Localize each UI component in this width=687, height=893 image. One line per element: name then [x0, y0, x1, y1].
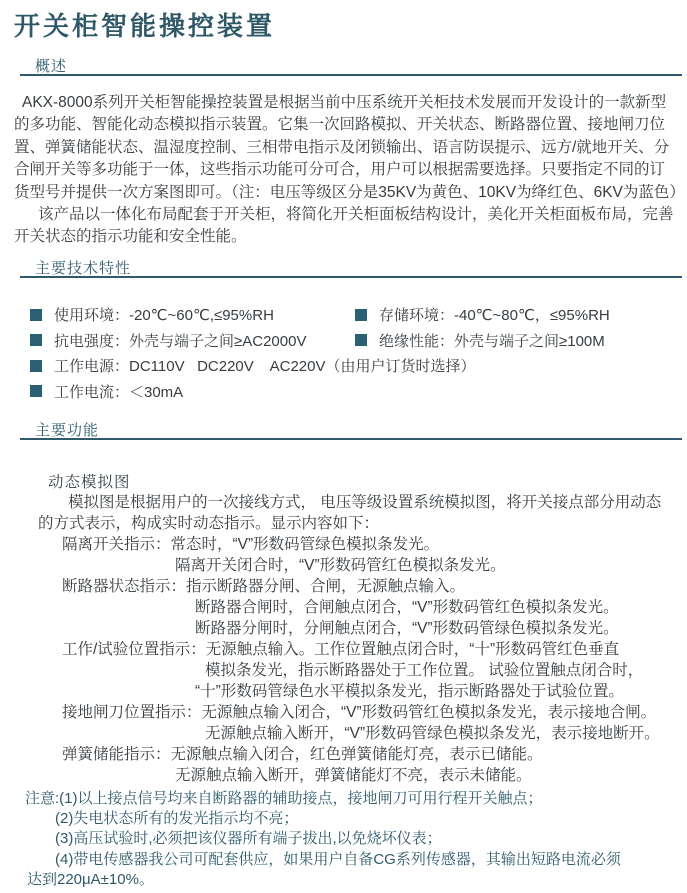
- note-line: (3)高压试验时,必须把该仪器所有端子拔出,以免烧坏仪表；: [14, 829, 687, 849]
- tech-spec-cell: 绝缘性能：外壳与端子之间≥100M: [355, 330, 680, 351]
- bullet-square-icon: [30, 309, 42, 321]
- paragraph-line: 该产品以一体化布局配套于开关柜，将简化开关柜面板结构设计，美化开关柜面板布局，完…: [14, 204, 674, 226]
- note-line: (2)失电状态所有的发光指示均不亮；: [14, 809, 687, 829]
- functions-description: 模拟图是根据用户的一次接线方式， 电压等级设置系统模拟图，将开关接点部分用动态的…: [14, 492, 687, 786]
- tech-spec-cell: 工作电源：DC110V DC220V AC220V（由用户订货时选择）: [30, 355, 355, 376]
- note-line: (4)带电传感器我公司可配套供应，如果用户自备CG系列传感器，其输出短路电流必须: [14, 850, 687, 870]
- function-line: 的方式表示，构成实时动态指示。显示内容如下：: [14, 513, 687, 534]
- note-line: 注意:(1)以上接点信号均来自断路器的辅助接点，接地闸刀可用行程开关触点；: [14, 789, 687, 809]
- paragraph-line: 开关状态的指示功能和安全性能。: [14, 226, 674, 248]
- bullet-square-icon: [355, 309, 367, 321]
- tech-spec-cell: 存储环境：-40℃~80℃，≤95%RH: [355, 304, 680, 325]
- tech-spec-text: 工作电流：＜30mA: [54, 381, 183, 402]
- section-rule-functions: [20, 438, 682, 440]
- tech-spec-text: 抗电强度：外壳与端子之间≥AC2000V: [54, 330, 306, 351]
- document-page: 开关柜智能操控装置 概述 AKX-8000系列开关柜智能操控装置是根据当前中压系…: [0, 0, 687, 893]
- paragraph-line: 合闸开关等多功能于一体，这些指示功能可分可合，用户可以根据需要选择。只要指定不同…: [14, 159, 685, 181]
- bullet-square-icon: [355, 334, 367, 346]
- section-heading-overview: 概述: [35, 55, 67, 76]
- function-line: 断路器状态指示：指示断路器分闸、合闸，无源触点输入。: [14, 576, 687, 597]
- function-line: 隔离开关指示：常态时，“V”形数码管绿色模拟条发光。: [14, 534, 687, 555]
- bullet-square-icon: [30, 360, 42, 372]
- section-rule-overview: [20, 74, 682, 76]
- overview-paragraph-2: 该产品以一体化布局配套于开关柜，将简化开关柜面板结构设计，美化开关柜面板布局，完…: [14, 204, 674, 249]
- paragraph-line: AKX-8000系列开关柜智能操控装置是根据当前中压系统开关柜技术发展而开发设计…: [14, 92, 685, 114]
- function-line: 接地闸刀位置指示：无源触点输入闭合，“V”形数码管红色模拟条发光，表示接地合闸。: [14, 702, 687, 723]
- function-line: 隔离开关闭合时，“V”形数码管红色模拟条发光。: [14, 555, 687, 576]
- tech-spec-cell: 工作电流：＜30mA: [30, 381, 355, 402]
- section-heading-functions: 主要功能: [35, 419, 99, 440]
- paragraph-line: 置、弹簧储能状态、温湿度控制、三相带电指示及闭锁输出、语言防误提示、远方/就地开…: [14, 137, 685, 159]
- function-line: 模拟图是根据用户的一次接线方式， 电压等级设置系统模拟图，将开关接点部分用动态: [14, 492, 687, 513]
- function-line: 无源触点输入断开，弹簧储能灯不亮，表示未储能。: [14, 765, 687, 786]
- overview-paragraph-1: AKX-8000系列开关柜智能操控装置是根据当前中压系统开关柜技术发展而开发设计…: [14, 92, 685, 204]
- note-line: 达到220μA±10%。: [14, 870, 687, 890]
- tech-spec-text: 绝缘性能：外壳与端子之间≥100M: [379, 330, 605, 351]
- tech-spec-text: 工作电源：DC110V DC220V AC220V（由用户订货时选择）: [54, 355, 476, 376]
- bullet-square-icon: [30, 385, 42, 397]
- page-title: 开关柜智能操控装置: [14, 6, 275, 43]
- function-line: 断路器合闸时，合闸触点闭合，“V”形数码管红色模拟条发光。: [14, 597, 687, 618]
- tech-spec-cell: 抗电强度：外壳与端子之间≥AC2000V: [30, 330, 355, 351]
- function-line: 模拟条发光，指示断路器处于工作位置。 试验位置触点闭合时，: [14, 660, 687, 681]
- function-line: 无源触点输入断开，“V”形数码管绿色模拟条发光，表示接地断开。: [14, 723, 687, 744]
- function-line: “十”形数码管绿色水平模拟条发光，指示断路器处于试验位置。: [14, 681, 687, 702]
- paragraph-line: 的多功能、智能化动态模拟指示装置。它集一次回路模拟、开关状态、断路器位置、接地闸…: [14, 114, 685, 136]
- section-rule-tech: [20, 276, 682, 278]
- tech-spec-text: 使用环境：-20℃~60℃,≤95%RH: [54, 304, 274, 325]
- bullet-square-icon: [30, 334, 42, 346]
- notes-block: 注意:(1)以上接点信号均来自断路器的辅助接点，接地闸刀可用行程开关触点；(2)…: [14, 789, 687, 890]
- tech-spec-row: 抗电强度：外壳与端子之间≥AC2000V 绝缘性能：外壳与端子之间≥100M: [30, 328, 680, 354]
- tech-spec-list: 使用环境：-20℃~60℃,≤95%RH 存储环境：-40℃~80℃，≤95%R…: [30, 302, 680, 404]
- function-line: 工作/试验位置指示：无源触点输入。工作位置触点闭合时，“十”形数码管红色垂直: [14, 639, 687, 660]
- tech-spec-row: 使用环境：-20℃~60℃,≤95%RH 存储环境：-40℃~80℃，≤95%R…: [30, 302, 680, 328]
- tech-spec-row: 工作电流：＜30mA: [30, 379, 680, 405]
- tech-spec-text: 存储环境：-40℃~80℃，≤95%RH: [379, 304, 610, 325]
- function-line: 断路器分闸时，分闸触点闭合，“V”形数码管绿色模拟条发光。: [14, 618, 687, 639]
- section-heading-tech: 主要技术特性: [35, 257, 131, 278]
- tech-spec-cell: 使用环境：-20℃~60℃,≤95%RH: [30, 304, 355, 325]
- functions-subtitle: 动态模拟图: [48, 470, 131, 492]
- function-line: 弹簧储能指示：无源触点输入闭合，红色弹簧储能灯亮，表示已储能。: [14, 744, 687, 765]
- paragraph-line: 货型号并提供一次方案图即可。（注：电压等级区分是35KV为黄色、10KV为绛红色…: [14, 182, 685, 204]
- tech-spec-row: 工作电源：DC110V DC220V AC220V（由用户订货时选择）: [30, 353, 680, 379]
